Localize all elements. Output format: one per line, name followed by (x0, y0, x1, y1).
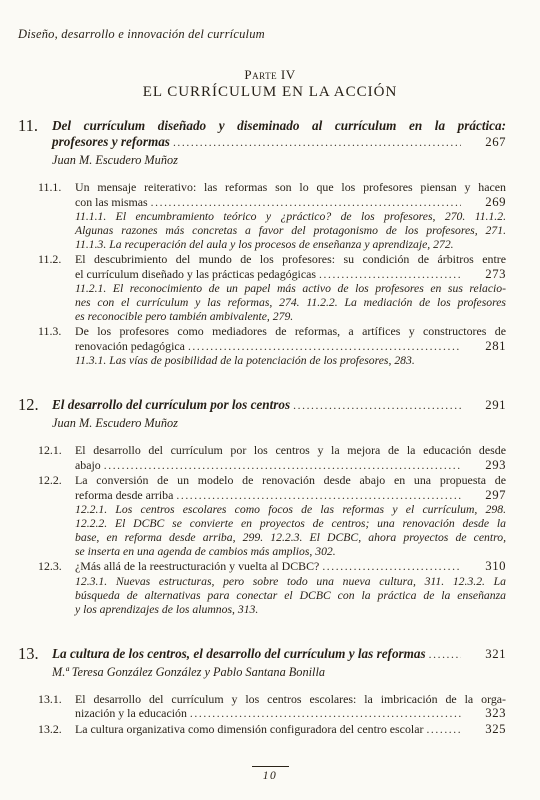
section-text: El desarrollo del currículum y los centr… (75, 692, 506, 722)
section-number (38, 210, 75, 252)
section-number: 13.2. (38, 722, 75, 738)
section-number (38, 282, 75, 324)
page-number: 273 (464, 267, 506, 282)
section-text: Un mensaje reiterativo: las reformas son… (75, 180, 506, 210)
section-entry: 12.1.El desarrollo del currículum por lo… (0, 443, 540, 473)
part-title: EL CURRÍCULUM EN LA ACCIÓN (0, 84, 540, 101)
page-footer: 10 (0, 766, 540, 782)
page-number: 297 (464, 488, 506, 503)
section-entry: 11.2.El descubrimiento del mundo de los … (0, 252, 540, 282)
section-text: 11.2.1. El reconocimiento de un papel má… (75, 282, 506, 324)
section-line: búsqueda de alternativas para conectar e… (75, 589, 506, 603)
page-number: 269 (464, 195, 506, 210)
toc-chapter: 13.La cultura de los centros, el desarro… (0, 646, 540, 738)
chapter-title-text: El desarrollo del currículum por los cen… (52, 397, 290, 413)
section-entry: 11.3.De los profesores como mediadores d… (0, 324, 540, 354)
dot-leader (319, 268, 461, 283)
section-line: base, en reforma desde arriba, 299. 12.2… (75, 531, 506, 545)
part-label: Parte IV (0, 67, 540, 83)
subsection-paragraph: 12.2.1. Los centros escolares como focos… (0, 503, 540, 559)
section-line: 12.2.2. El DCBC se convierte en proyecto… (75, 517, 506, 531)
section-text: el currículum diseñado y las prácticas p… (75, 267, 316, 282)
section-entry: 11.1.Un mensaje reiterativo: las reforma… (0, 180, 540, 210)
section-line: 11.3.1. Las vías de posibilidad de la po… (75, 354, 506, 368)
subsection-paragraph: 11.2.1. El reconocimiento de un papel má… (0, 282, 540, 324)
chapter-title-line: Del currículum diseñado y diseminado al … (52, 118, 506, 134)
section-lead-row: nización y la educación323 (75, 706, 506, 722)
section-lead-row: con las mismas269 (75, 195, 506, 211)
dot-leader (429, 647, 461, 663)
chapter-sections: 11.1.Un mensaje reiterativo: las reforma… (0, 180, 540, 368)
footer-page-number: 10 (0, 770, 540, 782)
table-of-contents: 11.Del currículum diseñado y diseminado … (0, 118, 540, 737)
section-line: nes con el currículum y las reformas, 27… (75, 296, 506, 310)
section-text: La cultura organizativa como dimensión c… (75, 722, 423, 737)
section-text: ¿Más allá de la reestructuración y vuelt… (75, 559, 506, 575)
section-line: 11.1.3. La recuperación del aula y los p… (75, 238, 506, 252)
toc-chapter: 12.El desarrollo del currículum por los … (0, 397, 540, 617)
section-line: 11.1.1. El encumbramiento teórico y ¿prá… (75, 210, 506, 224)
section-text: 11.3.1. Las vías de posibilidad de la po… (75, 354, 506, 368)
section-text: El desarrollo del currículum por los cen… (75, 443, 506, 473)
chapter-heading-row: 11.Del currículum diseñado y diseminado … (0, 118, 540, 151)
chapter-heading-row: 12.El desarrollo del currículum por los … (0, 397, 540, 414)
chapter-author: Juan M. Escudero Muñoz (52, 153, 540, 167)
dot-leader (104, 459, 461, 474)
chapter-title-lead-row: La cultura de los centros, el desarrollo… (52, 646, 506, 663)
book-page: Diseño, desarrollo e innovación del curr… (0, 0, 540, 800)
section-text: La conversión de un modelo de renovación… (75, 473, 506, 503)
chapter-author: Juan M. Escudero Muñoz (52, 416, 540, 430)
dot-leader (151, 196, 461, 211)
section-text: La cultura organizativa como dimensión c… (75, 722, 506, 738)
page-number: 281 (464, 339, 506, 354)
section-number: 11.2. (38, 252, 75, 282)
chapter-title-lead-row: profesores y reformas267 (52, 134, 506, 151)
toc-chapter: 11.Del currículum diseñado y diseminado … (0, 118, 540, 368)
page-number: 293 (464, 458, 506, 473)
section-lead-row: renovación pedagógica281 (75, 339, 506, 355)
section-number: 13.1. (38, 692, 75, 722)
section-line: El desarrollo del currículum y los centr… (75, 692, 506, 707)
dot-leader (293, 398, 461, 414)
chapter-sections: 13.1.El desarrollo del currículum y los … (0, 692, 540, 738)
section-entry: 13.1.El desarrollo del currículum y los … (0, 692, 540, 722)
chapter-title-text: La cultura de los centros, el desarrollo… (52, 646, 426, 662)
page-number: 310 (464, 559, 506, 574)
section-number: 11.1. (38, 180, 75, 210)
section-lead-row: abajo293 (75, 458, 506, 474)
chapter-sections: 12.1.El desarrollo del currículum por lo… (0, 443, 540, 617)
section-entry: 12.3.¿Más allá de la reestructuración y … (0, 559, 540, 575)
section-text: 11.1.1. El encumbramiento teórico y ¿prá… (75, 210, 506, 252)
section-entry: 13.2.La cultura organizativa como dimens… (0, 722, 540, 738)
section-number (38, 354, 75, 368)
section-text: con las mismas (75, 195, 148, 210)
section-lead-row: el currículum diseñado y las prácticas p… (75, 267, 506, 283)
dot-leader (426, 723, 461, 738)
section-line: 11.2.1. El reconocimiento de un papel má… (75, 282, 506, 296)
chapter-number: 11. (18, 118, 52, 151)
section-entry: 12.2.La conversión de un modelo de renov… (0, 473, 540, 503)
section-text: El descubrimiento del mundo de los profe… (75, 252, 506, 282)
chapter-heading-row: 13.La cultura de los centros, el desarro… (0, 646, 540, 663)
section-line: La conversión de un modelo de renovación… (75, 473, 506, 488)
section-line: El descubrimiento del mundo de los profe… (75, 252, 506, 267)
section-text: 12.2.1. Los centros escolares como focos… (75, 503, 506, 559)
subsection-paragraph: 11.3.1. Las vías de posibilidad de la po… (0, 354, 540, 368)
subsection-paragraph: 11.1.1. El encumbramiento teórico y ¿prá… (0, 210, 540, 252)
section-line: se inserta en una agenda de cambios más … (75, 545, 506, 559)
page-number: 325 (464, 722, 506, 737)
chapter-title-lead-row: El desarrollo del currículum por los cen… (52, 397, 506, 414)
section-line: De los profesores como mediadores de ref… (75, 324, 506, 339)
section-number: 12.2. (38, 473, 75, 503)
footer-rule (252, 766, 289, 767)
section-line: Un mensaje reiterativo: las reformas son… (75, 180, 506, 195)
section-line: es reconocible pero también ambivalente,… (75, 310, 506, 324)
subsection-paragraph: 12.3.1. Nuevas estructuras, pero sobre t… (0, 575, 540, 617)
dot-leader (322, 560, 461, 575)
section-lead-row: reforma desde arriba297 (75, 488, 506, 504)
chapter-title-text: profesores y reformas (52, 134, 170, 150)
dot-leader (173, 135, 461, 151)
section-number (38, 575, 75, 617)
section-text: nización y la educación (75, 706, 187, 721)
chapter-title: El desarrollo del currículum por los cen… (52, 397, 506, 414)
section-line: 12.2.1. Los centros escolares como focos… (75, 503, 506, 517)
section-text: De los profesores como mediadores de ref… (75, 324, 506, 354)
dot-leader (190, 707, 461, 722)
section-text: renovación pedagógica (75, 339, 185, 354)
section-line: Algunas razones más concretas a favor de… (75, 224, 506, 238)
chapter-title: Del currículum diseñado y diseminado al … (52, 118, 506, 151)
section-lead-row: ¿Más allá de la reestructuración y vuelt… (75, 559, 506, 575)
section-text: reforma desde arriba (75, 488, 173, 503)
page-number: 323 (464, 706, 506, 721)
section-text: ¿Más allá de la reestructuración y vuelt… (75, 559, 319, 574)
part-heading: Parte IV EL CURRÍCULUM EN LA ACCIÓN (0, 67, 540, 101)
section-line: El desarrollo del currículum por los cen… (75, 443, 506, 458)
dot-leader (176, 489, 461, 504)
section-lead-row: La cultura organizativa como dimensión c… (75, 722, 506, 738)
chapter-author: M.ª Teresa González González y Pablo San… (52, 665, 540, 679)
section-line: y los aprendizajes de los alumnos, 313. (75, 603, 506, 617)
page-number: 321 (464, 646, 506, 662)
chapter-title: La cultura de los centros, el desarrollo… (52, 646, 506, 663)
running-header: Diseño, desarrollo e innovación del curr… (18, 27, 540, 42)
section-line: 12.3.1. Nuevas estructuras, pero sobre t… (75, 575, 506, 589)
section-number (38, 503, 75, 559)
section-text: abajo (75, 458, 101, 473)
dot-leader (188, 340, 461, 355)
chapter-number: 13. (18, 646, 52, 663)
page-number: 267 (464, 134, 506, 150)
section-text: 12.3.1. Nuevas estructuras, pero sobre t… (75, 575, 506, 617)
chapter-number: 12. (18, 397, 52, 414)
page-number: 291 (464, 397, 506, 413)
section-number: 11.3. (38, 324, 75, 354)
section-number: 12.1. (38, 443, 75, 473)
section-number: 12.3. (38, 559, 75, 575)
